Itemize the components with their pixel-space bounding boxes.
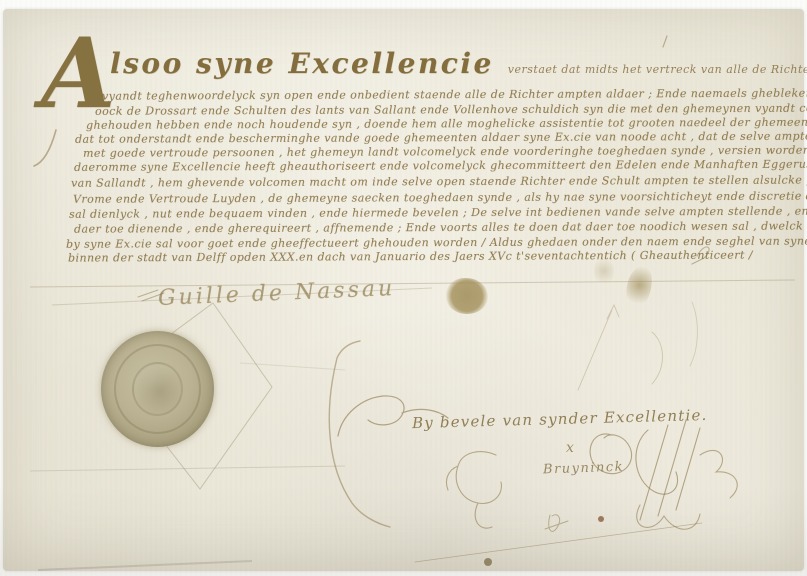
paraph-loop-1	[590, 434, 632, 474]
paper-edge-shadow	[38, 561, 252, 570]
tick-mark	[663, 36, 667, 47]
ink-flourishes	[0, 0, 807, 576]
paraph-curl	[700, 450, 737, 498]
signature-intro-stroke	[138, 290, 164, 301]
paraph-strokes	[640, 420, 700, 520]
h-mark	[545, 515, 568, 532]
pencil-stroke-3	[690, 302, 697, 366]
byline-b-flourish	[338, 396, 448, 436]
paraph-base-loops	[637, 505, 700, 529]
secretary-ve-flourish	[446, 452, 501, 529]
date-end-swash	[692, 247, 709, 264]
scanned-manuscript: A lsoo syne Excellencieverstaet dat midt…	[0, 0, 807, 576]
initial-swash	[34, 130, 56, 166]
pencil-stroke-2	[652, 332, 663, 384]
long-baseline-stroke	[415, 523, 702, 562]
pencil-stroke-1	[578, 305, 619, 390]
